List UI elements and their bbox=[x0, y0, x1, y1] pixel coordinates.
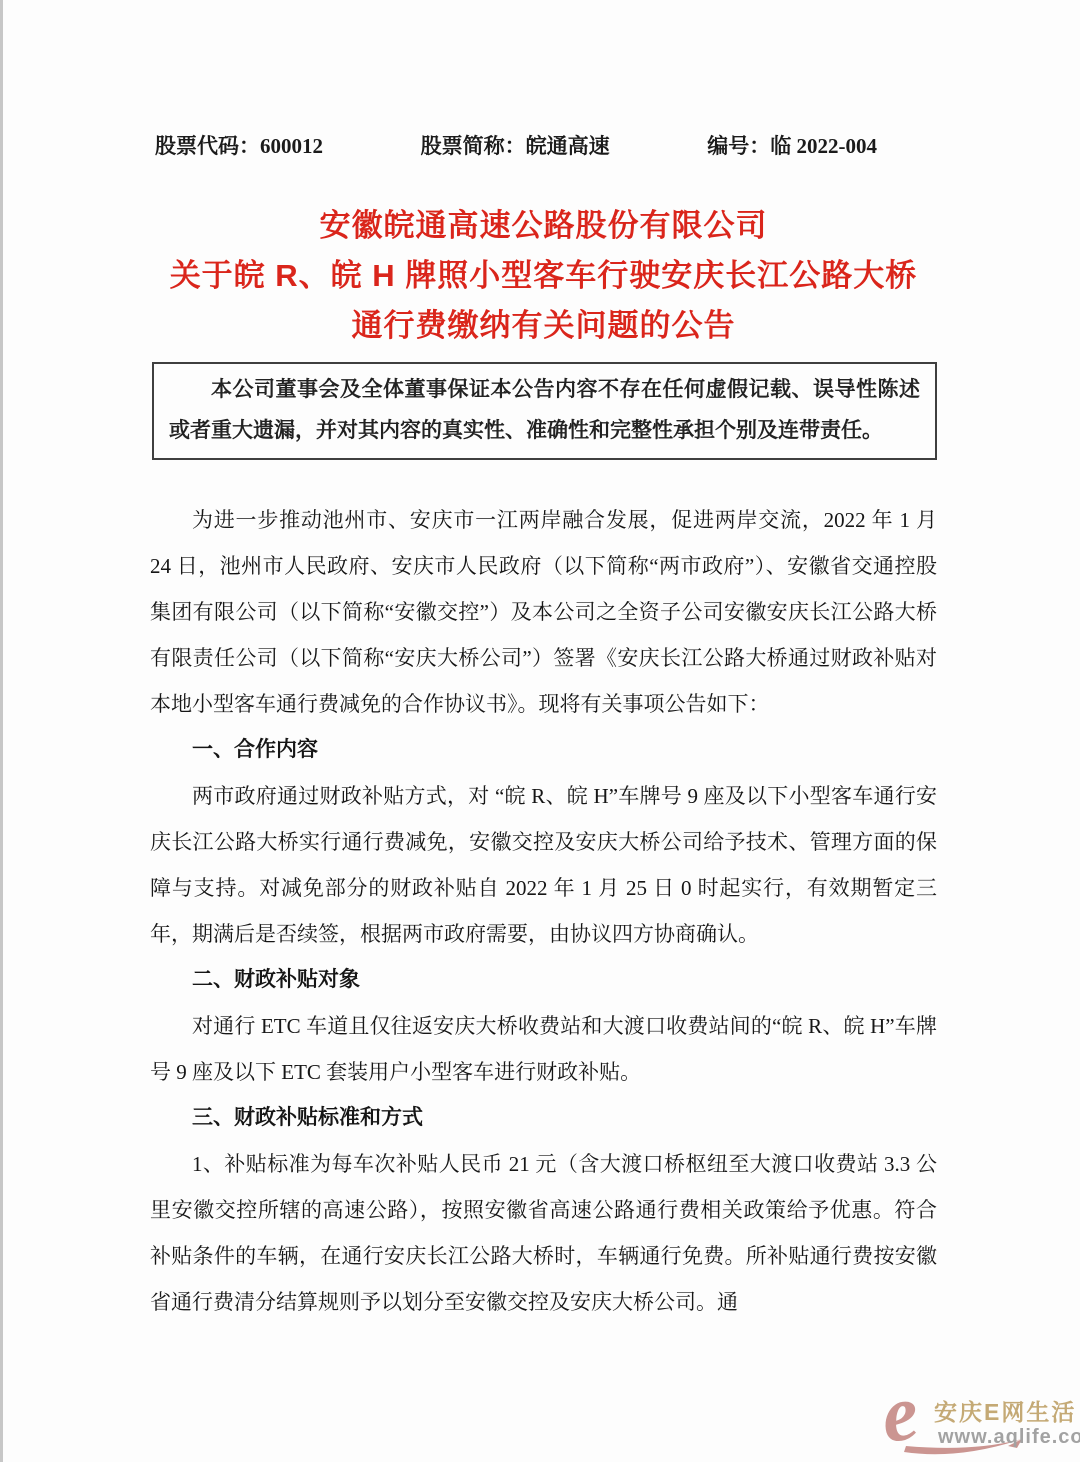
page-left-edge bbox=[0, 0, 3, 1462]
title-line-subject: 关于皖 R、皖 H 牌照小型客车行驶安庆长江公路大桥 bbox=[150, 251, 937, 301]
disclaimer-text: 本公司董事会及全体董事保证本公告内容不存在任何虚假记载、误导性陈述或者重大遗漏，… bbox=[169, 369, 920, 451]
title-line-type: 通行费缴纳有关问题的公告 bbox=[150, 301, 937, 351]
document-title: 安徽皖通高速公路股份有限公司 关于皖 R、皖 H 牌照小型客车行驶安庆长江公路大… bbox=[150, 201, 937, 351]
section-heading-subsidy-target: 二、财政补贴对象 bbox=[150, 957, 937, 1003]
stock-short-name: 股票简称：皖通高速 bbox=[421, 130, 610, 160]
document-body: 为进一步推动池州市、安庆市一江两岸融合发展，促进两岸交流，2022 年 1 月 … bbox=[150, 497, 937, 1325]
announcement-number: 编号：临 2022-004 bbox=[707, 130, 877, 160]
stock-code: 股票代码：600012 bbox=[155, 130, 323, 160]
disclaimer-box: 本公司董事会及全体董事保证本公告内容不存在任何虚假记载、误导性陈述或者重大遗漏，… bbox=[152, 362, 937, 460]
title-line-company: 安徽皖通高速公路股份有限公司 bbox=[150, 201, 937, 251]
section-heading-subsidy-standard: 三、财政补贴标准和方式 bbox=[150, 1095, 937, 1141]
section-heading-cooperation: 一、合作内容 bbox=[150, 727, 937, 773]
document-header: 股票代码：600012 股票简称：皖通高速 编号：临 2022-004 bbox=[155, 130, 877, 160]
paragraph-subsidy-standard: 1、补贴标准为每车次补贴人民币 21 元（含大渡口桥枢纽至大渡口收费站 3.3 … bbox=[150, 1141, 937, 1325]
paragraph-subsidy-target: 对通行 ETC 车道且仅往返安庆大桥收费站和大渡口收费站间的“皖 R、皖 H”车… bbox=[150, 1003, 937, 1095]
watermark-site-url: www.aqlife.com bbox=[938, 1426, 1080, 1449]
watermark-site-name: 安庆E网生活 bbox=[934, 1394, 1076, 1427]
paragraph-intro: 为进一步推动池州市、安庆市一江两岸融合发展，促进两岸交流，2022 年 1 月 … bbox=[150, 497, 937, 727]
aqlife-watermark: e 安庆E网生活 www.aqlife.com bbox=[878, 1384, 1078, 1460]
announcement-document-page: 股票代码：600012 股票简称：皖通高速 编号：临 2022-004 安徽皖通… bbox=[0, 0, 1080, 1462]
paragraph-cooperation-content: 两市政府通过财政补贴方式，对 “皖 R、皖 H”车牌号 9 座及以下小型客车通行… bbox=[150, 773, 937, 957]
